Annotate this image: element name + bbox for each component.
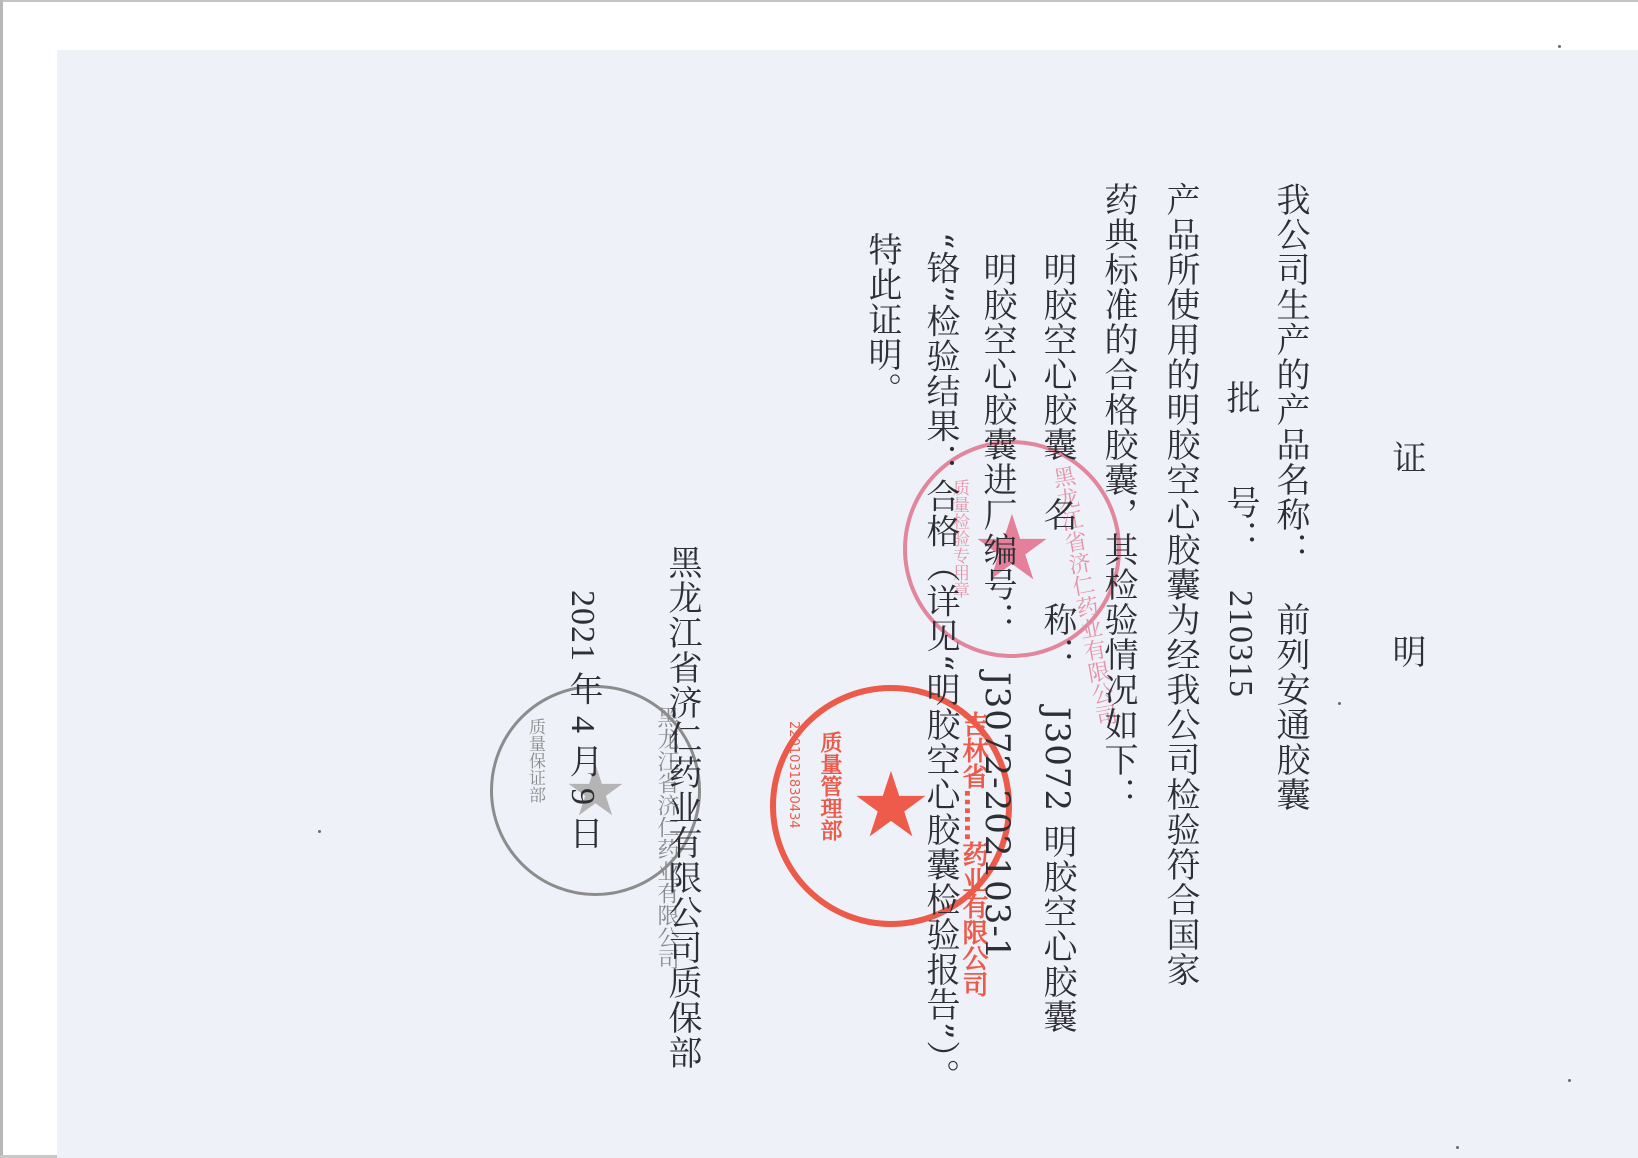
scan-border-left — [0, 0, 3, 1158]
signature-date: 2021 年 4 月 9 日 — [562, 590, 602, 851]
body-line-2: 药典标准的合格胶囊，其检验情况如下： — [1098, 182, 1138, 812]
scan-speck — [318, 830, 321, 833]
stamp-inner-text: 质量保证部 — [523, 718, 548, 803]
stamp-code: 2201031830434 — [786, 721, 801, 829]
batch-number-line: 批 号： 210315 — [1220, 380, 1260, 698]
red-supplier-stamp: ★ 吉林省……药业有限公司 质量管理部 2201031830434 — [770, 685, 1012, 927]
chromium-result-line: “铬”检验结果：合格（详见“明胶空心胶囊检验报告”）。 — [920, 232, 960, 1094]
scan-border-top — [0, 0, 1638, 2]
stamp-inner-text: 质量管理部 — [814, 731, 845, 841]
body-line-1: 产品所使用的明胶空心胶囊为经我公司检验符合国家 — [1160, 182, 1200, 987]
batch-number: 210315 — [1222, 590, 1259, 698]
product-name-line: 我公司生产的产品名称： 前列安通胶囊 — [1270, 182, 1310, 812]
scan-speck — [1456, 1146, 1459, 1149]
signature-company: 黑龙江省济仁药业有限公司质保部 — [662, 545, 702, 1070]
scan-speck — [1338, 702, 1341, 705]
document-title: 证明 — [1386, 440, 1426, 828]
closing-line: 特此证明。 — [862, 232, 902, 407]
capsule-name-line: 明胶空心胶囊 名 称： J3072 明胶空心胶囊 — [1037, 252, 1077, 1034]
scan-speck — [1558, 45, 1561, 48]
scan-speck — [1568, 1079, 1571, 1082]
intake-number-line: 明胶空心胶囊进厂编号： J3072-202103-1 — [977, 252, 1017, 961]
batch-label: 批 号： — [1220, 380, 1260, 590]
